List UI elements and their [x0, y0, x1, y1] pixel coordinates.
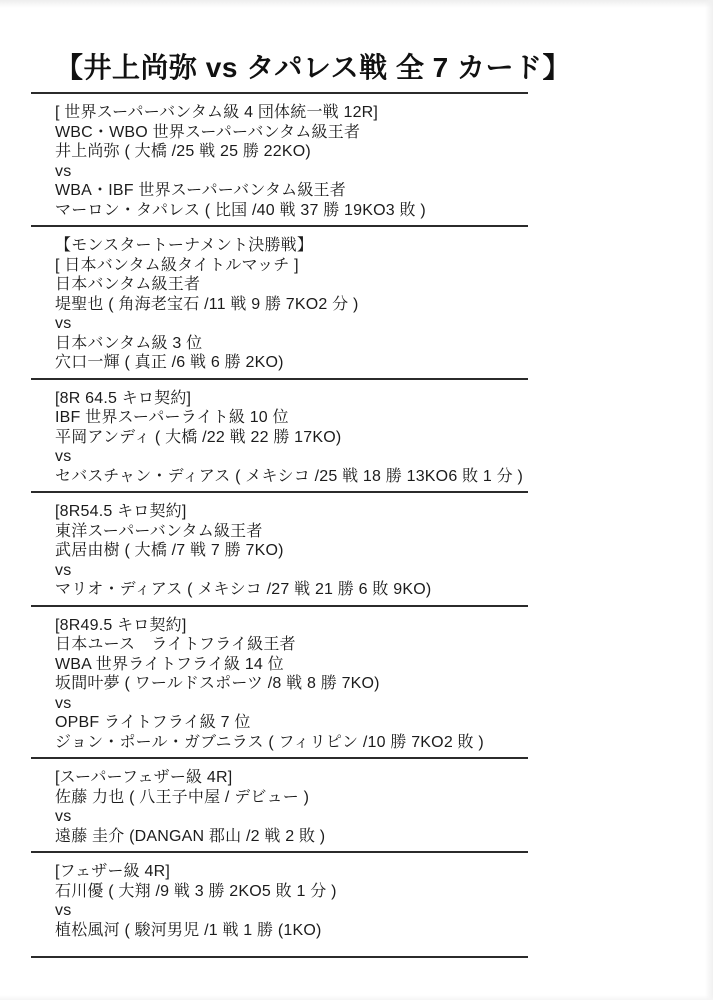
- fight-card-section-main-event: [ 世界スーパーバンタム級 4 団体統一戦 12R] WBC・WBO 世界スーパ…: [31, 94, 531, 225]
- fight-card-line: [フェザー級 4R]: [55, 862, 531, 882]
- fight-card-section-super-feather: [スーパーフェザー級 4R] 佐藤 力也 ( 八王子中屋 / デビュー ) vs…: [31, 759, 531, 851]
- fight-card-line: 穴口一輝 ( 真正 /6 戦 6 勝 2KO): [55, 353, 531, 373]
- fight-card-line-vs: vs: [55, 561, 531, 581]
- fight-card-line: 【モンスタートーナメント決勝戦】: [55, 236, 531, 256]
- section-divider: [31, 956, 528, 958]
- fight-card-line: WBA 世界ライトフライ級 14 位: [55, 655, 531, 675]
- fight-card-line-vs: vs: [55, 447, 531, 467]
- page-edge-bottom: [0, 995, 713, 1000]
- fight-card-line: 坂間叶夢 ( ワールドスポーツ /8 戦 8 勝 7KO): [55, 674, 531, 694]
- fight-card-section-8r-54-5: [8R54.5 キロ契約] 東洋スーパーバンタム級王者 武居由樹 ( 大橋 /7…: [31, 493, 531, 605]
- fight-card-line: [ 日本バンタム級タイトルマッチ ]: [55, 256, 531, 276]
- fight-card-line-vs: vs: [55, 162, 531, 182]
- fight-card-line-vs: vs: [55, 901, 531, 921]
- fight-card-line: [スーパーフェザー級 4R]: [55, 768, 531, 788]
- fight-card-line: [ 世界スーパーバンタム級 4 団体統一戦 12R]: [55, 103, 531, 123]
- fight-card-line-vs: vs: [55, 694, 531, 714]
- fight-card-line: WBC・WBO 世界スーパーバンタム級王者: [55, 123, 531, 143]
- fight-card-line: セバスチャン・ディアス ( メキシコ /25 戦 18 勝 13KO6 敗 1 …: [55, 467, 531, 487]
- fight-card-line: 日本バンタム級王者: [55, 275, 531, 295]
- fight-card-line: IBF 世界スーパーライト級 10 位: [55, 408, 531, 428]
- fight-card-line: 井上尚弥 ( 大橋 /25 戦 25 勝 22KO): [55, 142, 531, 162]
- fight-card-line: [8R54.5 キロ契約]: [55, 502, 531, 522]
- page-title: 【井上尚弥 vs タパレス戦 全 7 カード】: [31, 50, 531, 85]
- fight-card-line: [8R49.5 キロ契約]: [55, 616, 531, 636]
- fight-card-line: 日本バンタム級 3 位: [55, 334, 531, 354]
- fight-card-section-monster-tournament: 【モンスタートーナメント決勝戦】 [ 日本バンタム級タイトルマッチ ] 日本バン…: [31, 227, 531, 378]
- page-edge-right: [705, 0, 713, 1000]
- fight-card-document: 【井上尚弥 vs タパレス戦 全 7 カード】 [ 世界スーパーバンタム級 4 …: [31, 0, 531, 958]
- fight-card-line: マーロン・タパレス ( 比国 /40 戦 37 勝 19KO3 敗 ): [55, 201, 531, 221]
- fight-card-line: 武居由樹 ( 大橋 /7 戦 7 勝 7KO): [55, 541, 531, 561]
- fight-card-line: OPBF ライトフライ級 7 位: [55, 713, 531, 733]
- fight-card-line: 佐藤 力也 ( 八王子中屋 / デビュー ): [55, 788, 531, 808]
- fight-card-line: ジョン・ポール・ガブニラス ( フィリピン /10 勝 7KO2 敗 ): [55, 733, 531, 753]
- fight-card-section-8r-49-5: [8R49.5 キロ契約] 日本ユース ライトフライ級王者 WBA 世界ライトフ…: [31, 607, 531, 758]
- fight-card-line: 堤聖也 ( 角海老宝石 /11 戦 9 勝 7KO2 分 ): [55, 295, 531, 315]
- fight-card-line: 遠藤 圭介 (DANGAN 郡山 /2 戦 2 敗 ): [55, 827, 531, 847]
- fight-card-line: WBA・IBF 世界スーパーバンタム級王者: [55, 181, 531, 201]
- fight-card-line: 石川優 ( 大翔 /9 戦 3 勝 2KO5 敗 1 分 ): [55, 882, 531, 902]
- fight-card-line: [8R 64.5 キロ契約]: [55, 389, 531, 409]
- fight-card-line-vs: vs: [55, 807, 531, 827]
- fight-card-line: マリオ・ディアス ( メキシコ /27 戦 21 勝 6 敗 9KO): [55, 580, 531, 600]
- fight-card-line-vs: vs: [55, 314, 531, 334]
- fight-card-line: 東洋スーパーバンタム級王者: [55, 522, 531, 542]
- fight-card-section-8r-64-5: [8R 64.5 キロ契約] IBF 世界スーパーライト級 10 位 平岡アンデ…: [31, 380, 531, 492]
- fight-card-section-feather: [フェザー級 4R] 石川優 ( 大翔 /9 戦 3 勝 2KO5 敗 1 分 …: [31, 853, 531, 956]
- fight-card-line: 平岡アンディ ( 大橋 /22 戦 22 勝 17KO): [55, 428, 531, 448]
- fight-card-line: 植松風河 ( 駿河男児 /1 戦 1 勝 (1KO): [55, 921, 531, 941]
- fight-card-line: 日本ユース ライトフライ級王者: [55, 635, 531, 655]
